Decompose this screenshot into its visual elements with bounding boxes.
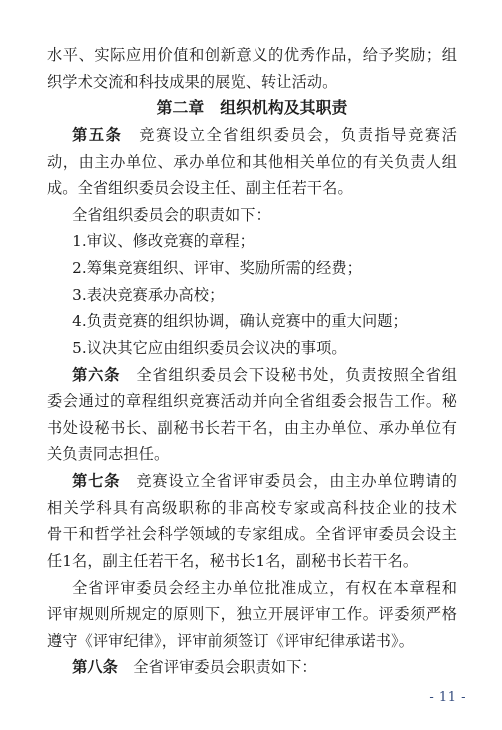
text-line: 第五条 竞赛设立全省组织委员会，负责指导竞赛活 (47, 122, 457, 149)
document-body: 水平、实际应用价值和创新意义的优秀作品，给予奖励；组织学术交流和科技成果的展览、… (47, 42, 457, 681)
text-line: 骨干和哲学社会科学领域的专家组成。全省评审委员会设主 (47, 521, 457, 548)
page-number: - 11 - (429, 690, 466, 705)
text-line: 遵守《评审纪律》，评审前须签订《评审纪律承诺书》。 (47, 628, 457, 655)
text-line: 动，由主办单位、承办单位和其他相关单位的有关负责人组 (47, 149, 457, 176)
text-line: 全省评审委员会经主办单位批准成立，有权在本章程和 (47, 575, 457, 602)
text-line: 3.表决竞赛承办高校； (47, 282, 457, 309)
text-line: 5.议决其它应由组织委员会议决的事项。 (47, 335, 457, 362)
text-line: 关负责同志担任。 (47, 441, 457, 468)
article-label: 第八条 (72, 658, 118, 676)
text-line: 全省组织委员会的职责如下： (47, 202, 457, 229)
article-label: 第五条 (72, 126, 122, 144)
text-line: 织学术交流和科技成果的展览、转让活动。 (47, 69, 457, 96)
text-line: 第八条 全省评审委员会职责如下： (47, 654, 457, 681)
text-line: 水平、实际应用价值和创新意义的优秀作品，给予奖励；组 (47, 42, 457, 69)
text-line: 委会通过的章程组织竞赛活动并向全省组委会报告工作。秘 (47, 388, 457, 415)
document-page: 水平、实际应用价值和创新意义的优秀作品，给予奖励；组织学术交流和科技成果的展览、… (0, 0, 502, 730)
text-line: 成。全省组织委员会设主任、副主任若干名。 (47, 175, 457, 202)
chapter-heading: 第二章 组织机构及其职责 (47, 95, 457, 122)
text-line: 1.审议、修改竞赛的章程； (47, 228, 457, 255)
text-line: 相关学科具有高级职称的非高校专家或高科技企业的技术 (47, 495, 457, 522)
text-line: 4.负责竞赛的组织协调，确认竞赛中的重大问题； (47, 308, 457, 335)
article-label: 第七条 (72, 472, 120, 490)
text-line: 2.筹集竞赛组织、评审、奖励所需的经费； (47, 255, 457, 282)
text-line: 评审规则所规定的原则下，独立开展评审工作。评委须严格 (47, 601, 457, 628)
text-line: 第六条 全省组织委员会下设秘书处，负责按照全省组 (47, 362, 457, 389)
article-label: 第六条 (72, 366, 120, 384)
text-line: 书处设秘书长、副秘书长若干名，由主办单位、承办单位有 (47, 415, 457, 442)
text-line: 任1名，副主任若干名，秘书长1名，副秘书长若干名。 (47, 548, 457, 575)
text-line: 第七条 竞赛设立全省评审委员会，由主办单位聘请的 (47, 468, 457, 495)
